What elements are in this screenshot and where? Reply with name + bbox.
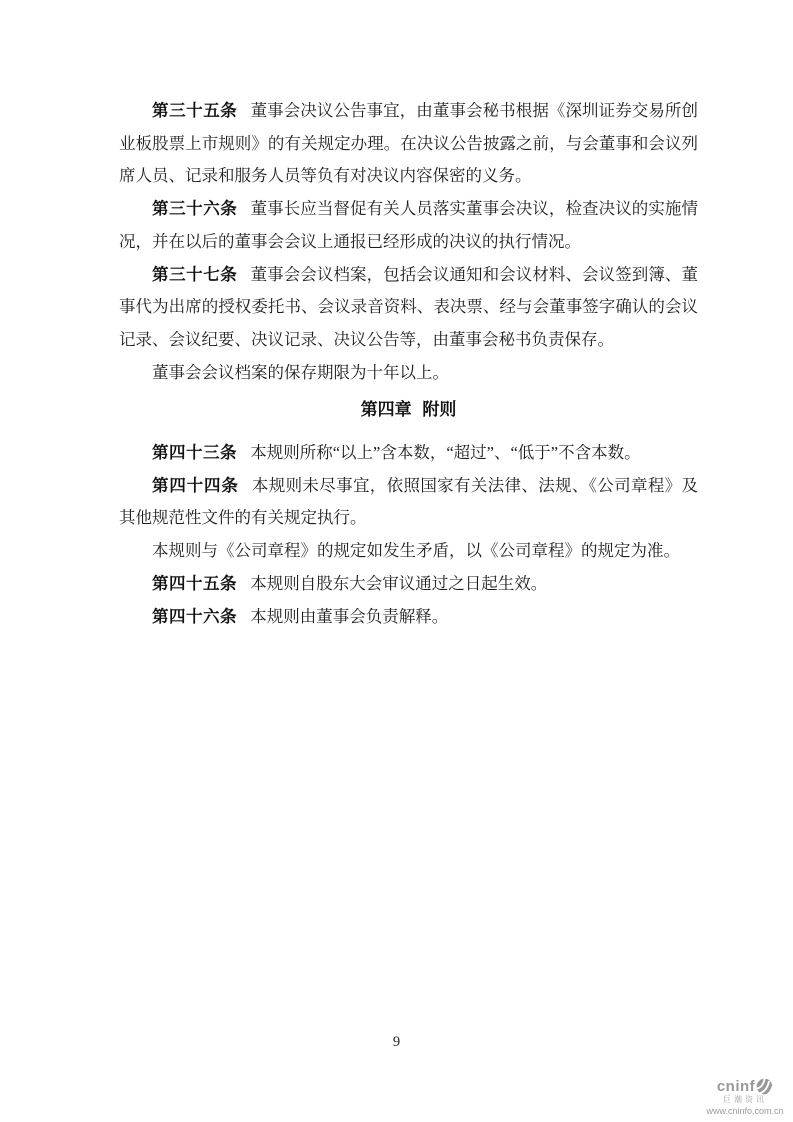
cninfo-chinese-name: 巨潮资讯 bbox=[700, 1096, 790, 1105]
cninfo-logo-row: cninf bbox=[700, 1078, 790, 1095]
article-number: 第四十四条 bbox=[152, 477, 239, 495]
cninfo-url: www.cninfo.com.cn bbox=[700, 1107, 790, 1117]
article-paragraph: 第四十五条本规则自股东大会审议通过之日起生效。 bbox=[119, 568, 698, 601]
article-paragraph: 第四十六条本规则由董事会负责解释。 bbox=[119, 601, 698, 634]
article-paragraph: 第三十七条董事会会议档案，包括会议通知和会议材料、会议签到簿、董事代为出席的授权… bbox=[119, 259, 698, 357]
cninfo-swirl-icon bbox=[756, 1078, 773, 1095]
article-paragraph: 第三十五条董事会决议公告事宜，由董事会秘书根据《深圳证券交易所创业板股票上市规则… bbox=[119, 95, 698, 193]
page-number: 9 bbox=[0, 1034, 793, 1051]
paragraph-text: 董事会会议档案的保存期限为十年以上。 bbox=[152, 363, 449, 382]
paragraph-text: 本规则由董事会负责解释。 bbox=[250, 607, 448, 626]
cninfo-wordmark: cninf bbox=[717, 1079, 755, 1096]
paragraph-text: 本规则所称“以上”含本数，“超过”、“低于”不含本数。 bbox=[250, 443, 640, 462]
chapter-heading: 第四章 附则 bbox=[119, 394, 698, 427]
article-number: 第四十五条 bbox=[152, 575, 237, 593]
plain-paragraph: 本规则与《公司章程》的规定如发生矛盾，以《公司章程》的规定为准。 bbox=[119, 535, 698, 568]
article-number: 第三十六条 bbox=[152, 200, 237, 218]
article-number: 第三十五条 bbox=[152, 102, 237, 120]
document-page: 第三十五条董事会决议公告事宜，由董事会秘书根据《深圳证券交易所创业板股票上市规则… bbox=[0, 0, 793, 1122]
article-number: 第四十六条 bbox=[152, 608, 237, 626]
plain-paragraph: 董事会会议档案的保存期限为十年以上。 bbox=[119, 357, 698, 390]
article-paragraph: 第三十六条董事长应当督促有关人员落实董事会决议，检查决议的实施情况，并在以后的董… bbox=[119, 193, 698, 258]
paragraph-text: 本规则自股东大会审议通过之日起生效。 bbox=[250, 574, 547, 593]
article-number: 第四十三条 bbox=[152, 444, 237, 462]
article-number: 第三十七条 bbox=[152, 266, 237, 284]
cninfo-logo: cninf 巨潮资讯 www.cninfo.com.cn bbox=[700, 1078, 790, 1117]
paragraph-text: 本规则与《公司章程》的规定如发生矛盾，以《公司章程》的规定为准。 bbox=[152, 541, 680, 560]
document-body: 第三十五条董事会决议公告事宜，由董事会秘书根据《深圳证券交易所创业板股票上市规则… bbox=[119, 95, 698, 633]
article-paragraph: 第四十四条本规则未尽事宜，依照国家有关法律、法规、《公司章程》及其他规范性文件的… bbox=[119, 470, 698, 535]
article-paragraph: 第四十三条本规则所称“以上”含本数，“超过”、“低于”不含本数。 bbox=[119, 437, 698, 470]
